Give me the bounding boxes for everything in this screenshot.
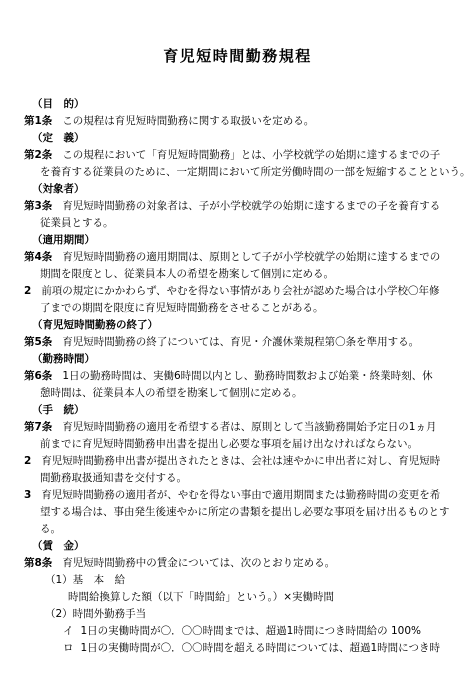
text-run: 1日の実働時間が〇．〇〇時間を超える時間については、超過1時間につき時 [81,642,440,654]
text-line: 望する場合は、事由発生後速やかに所定の書類を提出し必要な事項を届け出るものとす [0,504,475,521]
article-number: 第5条 [24,336,52,348]
article-number: 第4条 [24,251,52,263]
article-number: 第1条 [24,115,52,127]
text-run: 1日の勤務時間は、実働6時間以内とし、勤務時間数および始業・終業時刻、休 [62,370,432,382]
section-heading: （目 的） [0,96,475,113]
article-number: ロ [63,642,74,654]
text-line: 了までの期間を限度に育児短時間勤務をさせることがある。 [0,300,475,317]
text-line: 期間を限度とし、従業員本人の希望を勘案して個別に定める。 [0,266,475,283]
text-line: ロ1日の実働時間が〇．〇〇時間を超える時間については、超過1時間につき時 [0,640,475,657]
article-number: イ [63,625,74,637]
paragraph: 第6条1日の勤務時間は、実働6時間以内とし、勤務時間数および始業・終業時刻、休憩… [0,368,475,402]
paragraph: 時間給換算した額（以下「時間給」という。）×実働時間 [0,589,475,606]
document-content: （目 的）第1条この規程は育児短時間勤務に関する取扱いを定める。（定 義）第2条… [0,96,475,657]
text-line: （対象者） [0,181,475,198]
paragraph: イ1日の実働時間が〇．〇〇時間までは、超過1時間につき時間給の 100% [0,623,475,640]
text-line: 第8条育児短時間勤務中の賃金については、次のとおり定める。 [0,555,475,572]
text-line: 2育児短時間勤務申出書が提出されたときは、会社は速やかに申出者に対し、育児短時 [0,453,475,470]
article-number: 3 [24,489,31,501]
text-line: 前までに育児短時間勤務申出書を提出し必要な事項を届け出なければならない。 [0,436,475,453]
section-heading: （勤務時間） [0,351,475,368]
text-line: 第3条育児短時間勤務の対象者は、子が小学校就学の始期に達するまでの子を養育する [0,198,475,215]
paragraph: （2）時間外勤務手当 [0,606,475,623]
text-line: 第4条育児短時間勤務の適用期間は、原則として子が小学校就学の始期に達するまでの [0,249,475,266]
text-run: この規程は育児短時間勤務に関する取扱いを定める。 [62,115,314,127]
section-heading: （賃 金） [0,538,475,555]
text-run: 育児短時間勤務の終了については、育児・介護休業規程第〇条を準用する。 [62,336,419,348]
text-line: 3育児短時間勤務の適用者が、やむを得ない事由で適用期間または勤務時間の変更を希 [0,487,475,504]
text-line: る。 [0,521,475,538]
paragraph: 第8条育児短時間勤務中の賃金については、次のとおり定める。 [0,555,475,572]
text-line: （育児短時間勤務の終了） [0,317,475,334]
article-number: 第3条 [24,200,52,212]
paragraph: 2育児短時間勤務申出書が提出されたときは、会社は速やかに申出者に対し、育児短時間… [0,453,475,487]
text-line: 第1条この規程は育児短時間勤務に関する取扱いを定める。 [0,113,475,130]
text-run: この規程において「育児短時間勤務」とは、小学校就学の始期に達するまでの子 [62,149,440,161]
paragraph: 2前項の規定にかかわらず、やむを得ない事情があり会社が認めた場合は小学校〇年修了… [0,283,475,317]
text-line: イ1日の実働時間が〇．〇〇時間までは、超過1時間につき時間給の 100% [0,623,475,640]
text-line: （定 義） [0,130,475,147]
section-heading: （育児短時間勤務の終了） [0,317,475,334]
text-line: （適用期間） [0,232,475,249]
section-heading: （対象者） [0,181,475,198]
paragraph: 第5条育児短時間勤務の終了については、育児・介護休業規程第〇条を準用する。 [0,334,475,351]
paragraph: 第7条育児短時間勤務の適用を希望する者は、原則として当該勤務開始予定日の1ヵ月前… [0,419,475,453]
text-line: （賃 金） [0,538,475,555]
text-line: 第5条育児短時間勤務の終了については、育児・介護休業規程第〇条を準用する。 [0,334,475,351]
text-line: （手 続） [0,402,475,419]
text-line: （勤務時間） [0,351,475,368]
text-run: 前項の規定にかかわらず、やむを得ない事情があり会社が認めた場合は小学校〇年修 [41,285,439,297]
paragraph: 第2条この規程において「育児短時間勤務」とは、小学校就学の始期に達するまでの子を… [0,147,475,181]
article-number: 第6条 [24,370,52,382]
article-number: 2 [24,455,31,467]
paragraph: 第4条育児短時間勤務の適用期間は、原則として子が小学校就学の始期に達するまでの期… [0,249,475,283]
text-line: 憩時間は、従業員本人の希望を勘案して個別に定める。 [0,385,475,402]
text-run: 1日の実働時間が〇．〇〇時間までは、超過1時間につき時間給の 100% [81,625,422,637]
text-run: 育児短時間勤務の対象者は、子が小学校就学の始期に達するまでの子を養育する [62,200,440,212]
text-line: 第2条この規程において「育児短時間勤務」とは、小学校就学の始期に達するまでの子 [0,147,475,164]
text-line: （1）基 本 給 [0,572,475,589]
text-line: 従業員とする。 [0,215,475,232]
text-run: 育児短時間勤務の適用者が、やむを得ない事由で適用期間または勤務時間の変更を希 [41,489,440,501]
article-number: 2 [24,285,31,297]
text-line: （目 的） [0,96,475,113]
text-line: 第7条育児短時間勤務の適用を希望する者は、原則として当該勤務開始予定日の1ヵ月 [0,419,475,436]
document-title: 育児短時間勤務規程 [0,0,475,65]
article-number: 第8条 [24,557,52,569]
text-line: 間勤務取扱通知書を交付する。 [0,470,475,487]
section-heading: （定 義） [0,130,475,147]
text-line: （2）時間外勤務手当 [0,606,475,623]
text-line: 時間給換算した額（以下「時間給」という。）×実働時間 [0,589,475,606]
article-number: 第7条 [24,421,52,433]
paragraph: 第3条育児短時間勤務の対象者は、子が小学校就学の始期に達するまでの子を養育する従… [0,198,475,232]
paragraph: 3育児短時間勤務の適用者が、やむを得ない事由で適用期間または勤務時間の変更を希望… [0,487,475,538]
section-heading: （適用期間） [0,232,475,249]
article-number: 第2条 [24,149,52,161]
document-page: 育児短時間勤務規程 （目 的）第1条この規程は育児短時間勤務に関する取扱いを定め… [0,0,475,683]
text-line: 2前項の規定にかかわらず、やむを得ない事情があり会社が認めた場合は小学校〇年修 [0,283,475,300]
text-line: 第6条1日の勤務時間は、実働6時間以内とし、勤務時間数および始業・終業時刻、休 [0,368,475,385]
text-run: 育児短時間勤務中の賃金については、次のとおり定める。 [62,557,335,569]
paragraph: （1）基 本 給 [0,572,475,589]
text-run: 育児短時間勤務申出書が提出されたときは、会社は速やかに申出者に対し、育児短時 [41,455,440,467]
text-run: 育児短時間勤務の適用を希望する者は、原則として当該勤務開始予定日の1ヵ月 [62,421,436,433]
section-heading: （手 続） [0,402,475,419]
text-line: を養育する従業員のために、一定期間において所定労働時間の一部を短縮することという… [0,164,475,181]
text-run: 育児短時間勤務の適用期間は、原則として子が小学校就学の始期に達するまでの [62,251,440,263]
paragraph: 第1条この規程は育児短時間勤務に関する取扱いを定める。 [0,113,475,130]
paragraph: ロ1日の実働時間が〇．〇〇時間を超える時間については、超過1時間につき時 [0,640,475,657]
